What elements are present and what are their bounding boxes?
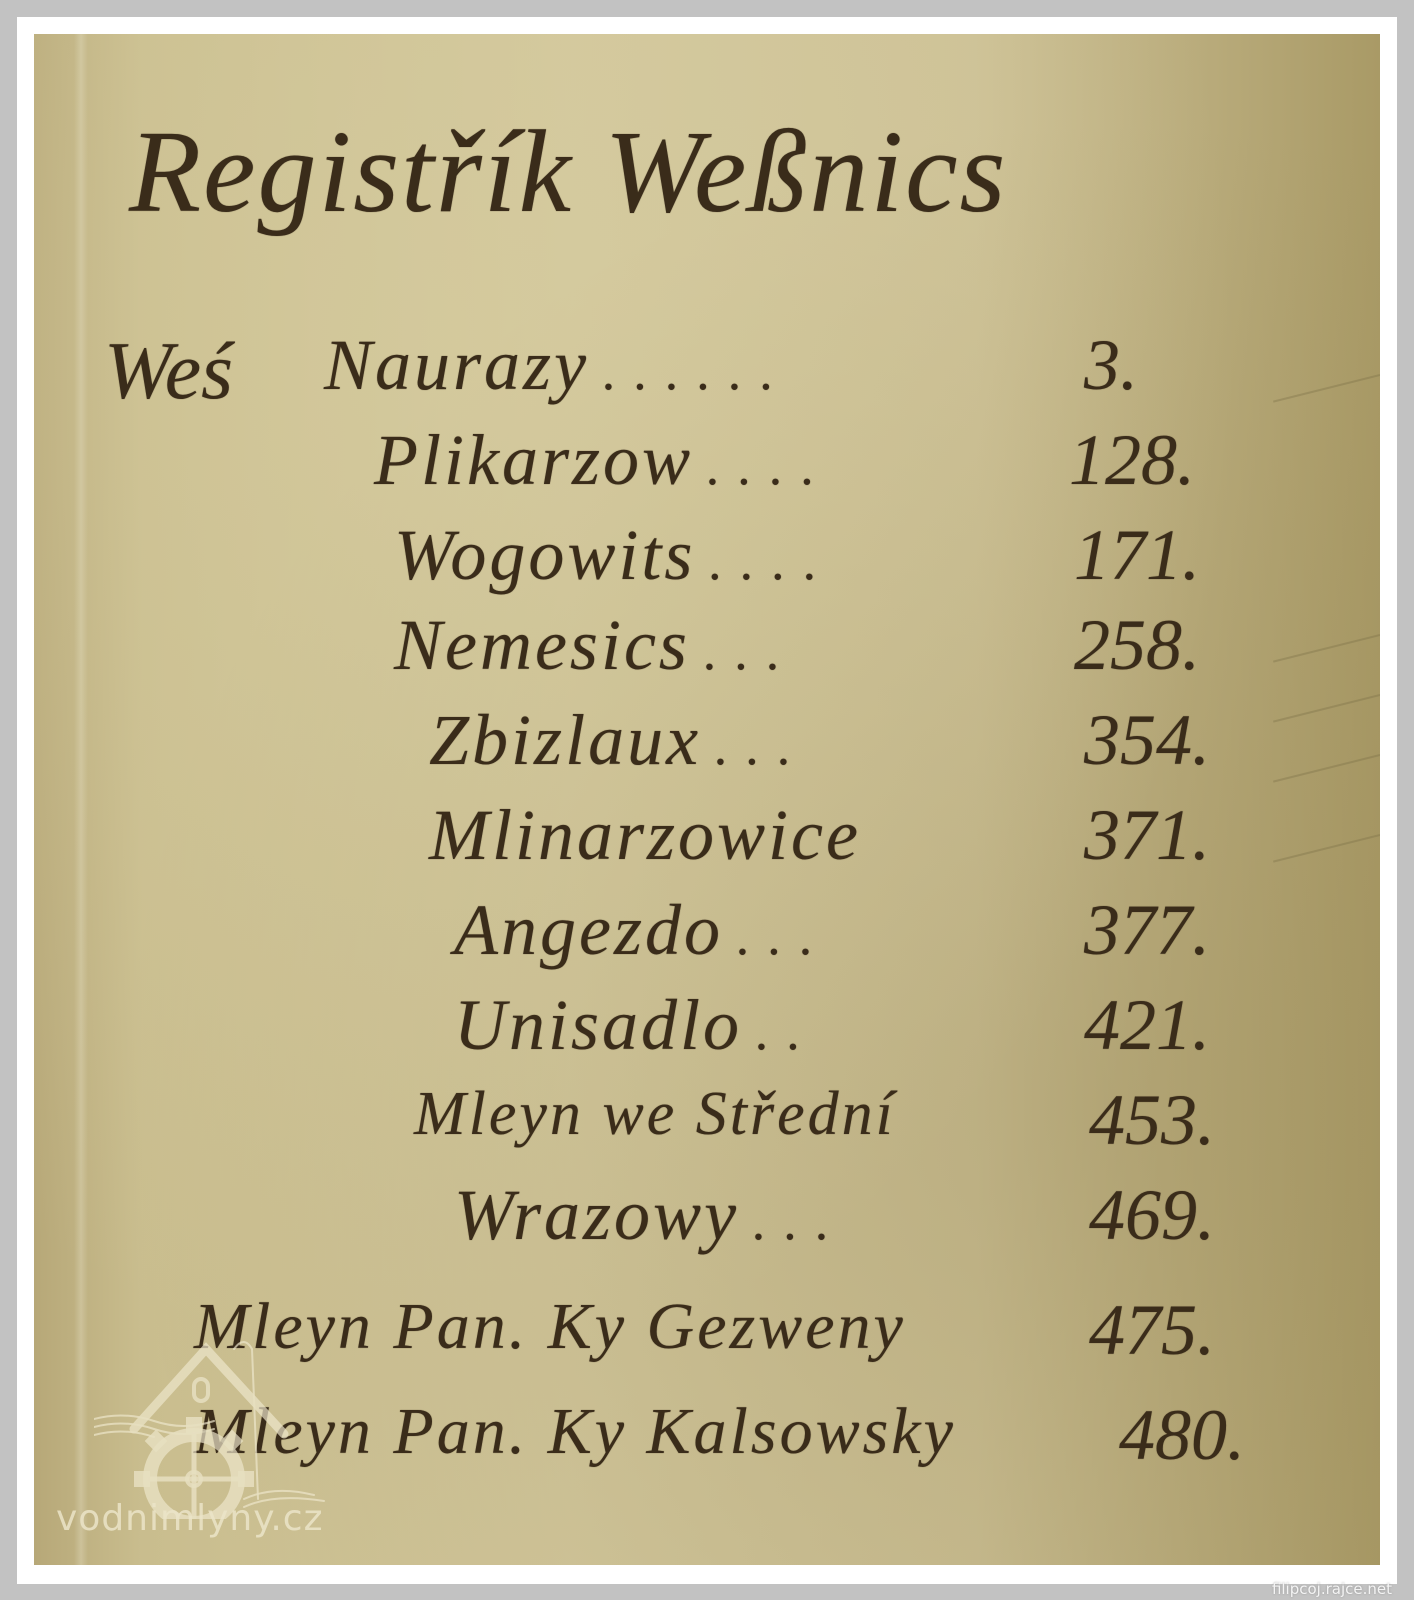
entry-page: 453. <box>1089 1079 1215 1162</box>
entry-page: 128. <box>1069 419 1195 502</box>
index-entry: Wrazowy ... 469. <box>454 1174 862 1257</box>
site-watermark: vodnimlyny.cz <box>56 1498 324 1539</box>
bleed-through-mark <box>1273 634 1380 663</box>
bleed-through-mark <box>1273 694 1380 723</box>
manuscript-page: Registřík Weßnics Weś Naurazy ...... 3. … <box>34 34 1380 1565</box>
entry-name: Wrazowy <box>454 1174 739 1257</box>
entry-page: 480. <box>1119 1394 1245 1477</box>
entry-name: Mleyn we Střední <box>414 1079 896 1150</box>
bleed-through-mark <box>1273 834 1380 863</box>
entry-leader: .... <box>707 435 833 497</box>
entry-leader: ... <box>737 905 832 967</box>
entry-name: Plikarzow <box>374 419 693 502</box>
entry-name: Wogowits <box>394 514 695 597</box>
index-entry: Naurazy ...... 3. <box>324 324 806 407</box>
entry-leader: ...... <box>603 340 792 402</box>
entry-leader: .. <box>756 1000 819 1062</box>
index-entry: Mlinarzowice 371. <box>429 794 889 877</box>
entry-page: 421. <box>1084 984 1210 1067</box>
entry-page: 354. <box>1084 699 1210 782</box>
entry-page: 475. <box>1089 1289 1215 1372</box>
entry-page: 171. <box>1074 514 1200 597</box>
photo-credit: filipcoj.rajce.net <box>1272 1580 1392 1598</box>
index-entry: Zbizlaux ... 354. <box>429 699 824 782</box>
entry-name: Nemesics <box>394 604 690 687</box>
index-entry: Plikarzow .... 128. <box>374 419 847 502</box>
entry-leader: ... <box>704 620 799 682</box>
index-entry: Angezdo ... 377. <box>454 889 845 972</box>
entry-page: 371. <box>1084 794 1210 877</box>
index-entry: Wogowits .... 171. <box>394 514 849 597</box>
bleed-through-mark <box>1273 754 1380 783</box>
entry-page: 377. <box>1084 889 1210 972</box>
entry-prefix: Weś <box>104 324 233 418</box>
index-entry: Mleyn we Střední 453. <box>414 1079 924 1150</box>
entry-name: Naurazy <box>324 324 589 407</box>
entry-page: 258. <box>1074 604 1200 687</box>
entry-leader: .... <box>709 530 835 592</box>
document-title: Registřík Weßnics <box>129 104 1007 240</box>
entry-name: Mlinarzowice <box>429 794 861 877</box>
entry-page: 469. <box>1089 1174 1215 1257</box>
index-entry: Unisadlo .. 421. <box>454 984 833 1067</box>
watermill-logo-icon <box>94 1309 334 1519</box>
entry-name: Zbizlaux <box>429 699 701 782</box>
index-entry: Nemesics ... 258. <box>394 604 812 687</box>
bleed-through-mark <box>1273 374 1380 403</box>
entry-name: Unisadlo <box>454 984 742 1067</box>
entry-name: Angezdo <box>454 889 723 972</box>
entry-leader: ... <box>753 1190 848 1252</box>
entry-page: 3. <box>1084 324 1138 407</box>
entry-leader: ... <box>715 715 810 777</box>
